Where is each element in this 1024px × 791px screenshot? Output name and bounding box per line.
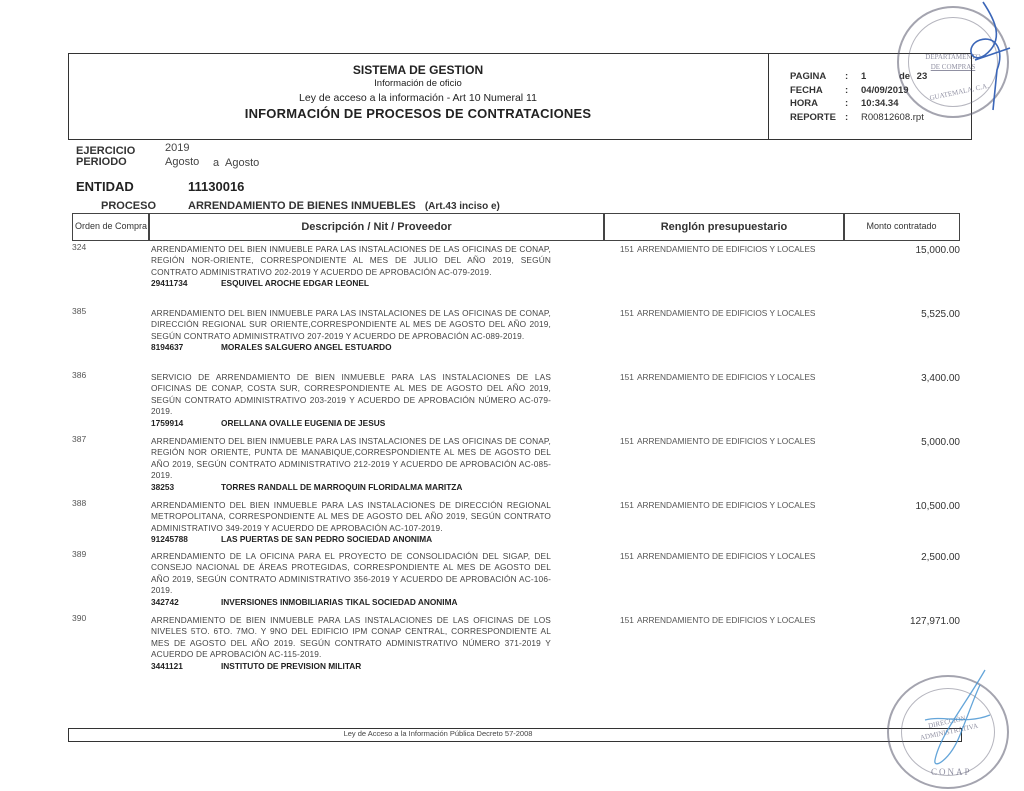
proveedor-nit: 91245788 (151, 534, 221, 544)
proceso-value: ARRENDAMIENTO DE BIENES INMUEBLES (Art.4… (188, 200, 500, 212)
row-renglon: 151 ARRENDAMIENTO DE EDIFICIOS Y LOCALES (620, 244, 815, 254)
reporte-label: REPORTE (790, 112, 845, 123)
row-renglon: 151 ARRENDAMIENTO DE EDIFICIOS Y LOCALES (620, 308, 815, 318)
row-proveedor: 3441121 INSTITUTO DE PREVISION MILITAR (151, 661, 361, 671)
system-name: SISTEMA DE GESTION (68, 62, 768, 78)
proveedor-name: INVERSIONES INMOBILIARIAS TIKAL SOCIEDAD… (221, 597, 457, 607)
col-descripcion: Descripción / Nit / Proveedor (148, 213, 605, 241)
row-proveedor: 29411734 ESQUIVEL AROCHE EDGAR LEONEL (151, 278, 369, 288)
periodo-label: PERIODO (76, 156, 127, 168)
row-descripcion: ARRENDAMIENTO DE BIEN INMUEBLE PARA LAS … (151, 615, 551, 661)
row-orden: 388 (72, 498, 86, 508)
row-renglon: 151 ARRENDAMIENTO DE EDIFICIOS Y LOCALES (620, 615, 815, 625)
proveedor-nit: 3441121 (151, 661, 221, 671)
periodo-from: Agosto (165, 156, 199, 168)
renglon-name: ARRENDAMIENTO DE EDIFICIOS Y LOCALES (637, 615, 815, 625)
row-descripcion: ARRENDAMIENTO DEL BIEN INMUEBLE PARA LAS… (151, 244, 551, 278)
row-proveedor: 342742 INVERSIONES INMOBILIARIAS TIKAL S… (151, 597, 457, 607)
page-number: 1 (861, 71, 866, 82)
row-proveedor: 8194637 MORALES SALGUERO ANGEL ESTUARDO (151, 342, 392, 352)
row-monto: 5,000.00 (840, 437, 960, 448)
proveedor-nit: 342742 (151, 597, 221, 607)
row-monto: 3,400.00 (840, 373, 960, 384)
renglon-code: 151 (620, 372, 637, 382)
row-descripcion: ARRENDAMIENTO DE LA OFICINA PARA EL PROY… (151, 551, 551, 597)
entidad-label: ENTIDAD (76, 179, 134, 194)
separator: : (845, 98, 861, 109)
proveedor-name: INSTITUTO DE PREVISION MILITAR (221, 661, 361, 671)
proveedor-nit: 38253 (151, 482, 221, 492)
renglon-code: 151 (620, 551, 637, 561)
row-orden: 390 (72, 613, 86, 623)
row-renglon: 151 ARRENDAMIENTO DE EDIFICIOS Y LOCALES (620, 436, 815, 446)
proceso-label: PROCESO (101, 200, 156, 212)
row-descripcion: ARRENDAMIENTO DEL BIEN INMUEBLE PARA LAS… (151, 500, 551, 534)
row-renglon: 151 ARRENDAMIENTO DE EDIFICIOS Y LOCALES (620, 551, 815, 561)
renglon-name: ARRENDAMIENTO DE EDIFICIOS Y LOCALES (637, 500, 815, 510)
row-monto: 2,500.00 (840, 552, 960, 563)
fecha-label: FECHA (790, 85, 845, 96)
separator: : (845, 71, 861, 82)
signature-icon (955, 0, 1015, 120)
row-proveedor: 1759914 ORELLANA OVALLE EUGENIA DE JESUS (151, 418, 385, 428)
proveedor-name: ORELLANA OVALLE EUGENIA DE JESUS (221, 418, 385, 428)
row-orden: 386 (72, 370, 86, 380)
pagina-label: PAGINA (790, 71, 845, 82)
row-monto: 5,525.00 (840, 309, 960, 320)
separator: : (845, 85, 861, 96)
proveedor-nit: 1759914 (151, 418, 221, 428)
proveedor-name: LAS PUERTAS DE SAN PEDRO SOCIEDAD ANONIM… (221, 534, 432, 544)
proveedor-name: TORRES RANDALL DE MARROQUIN FLORIDALMA M… (221, 482, 462, 492)
row-descripcion: SERVICIO DE ARRENDAMIENTO DE BIEN INMUEB… (151, 372, 551, 418)
periodo-to: Agosto (225, 157, 259, 169)
row-proveedor: 91245788 LAS PUERTAS DE SAN PEDRO SOCIED… (151, 534, 432, 544)
col-monto: Monto contratado (843, 213, 960, 241)
ejercicio-value: 2019 (165, 142, 189, 154)
proveedor-name: MORALES SALGUERO ANGEL ESTUARDO (221, 342, 392, 352)
proceso-ref: (Art.43 inciso e) (425, 201, 500, 212)
periodo-a: a (213, 157, 219, 169)
proveedor-nit: 29411734 (151, 278, 221, 288)
row-proveedor: 38253 TORRES RANDALL DE MARROQUIN FLORID… (151, 482, 462, 492)
row-orden: 385 (72, 306, 86, 316)
row-orden: 387 (72, 434, 86, 444)
row-renglon: 151 ARRENDAMIENTO DE EDIFICIOS Y LOCALES (620, 372, 815, 382)
hora-label: HORA (790, 98, 845, 109)
renglon-code: 151 (620, 308, 637, 318)
renglon-name: ARRENDAMIENTO DE EDIFICIOS Y LOCALES (637, 372, 815, 382)
footer-text: Ley de Acceso a la Información Pública D… (68, 729, 808, 738)
report-title: INFORMACIÓN DE PROCESOS DE CONTRATACIONE… (68, 105, 768, 123)
header-law: Ley de acceso a la información - Art 10 … (68, 91, 768, 105)
row-orden: 389 (72, 549, 86, 559)
header-subtitle: Información de oficio (68, 78, 768, 91)
separator: : (845, 112, 861, 123)
renglon-code: 151 (620, 615, 637, 625)
renglon-code: 151 (620, 244, 637, 254)
row-descripcion: ARRENDAMIENTO DEL BIEN INMUEBLE PARA LAS… (151, 436, 551, 482)
row-renglon: 151 ARRENDAMIENTO DE EDIFICIOS Y LOCALES (620, 500, 815, 510)
renglon-code: 151 (620, 436, 637, 446)
renglon-name: ARRENDAMIENTO DE EDIFICIOS Y LOCALES (637, 244, 815, 254)
row-monto: 127,971.00 (840, 616, 960, 627)
proceso-name: ARRENDAMIENTO DE BIENES INMUEBLES (188, 200, 416, 212)
row-orden: 324 (72, 242, 86, 252)
row-monto: 15,000.00 (840, 245, 960, 256)
signature-icon (905, 665, 1005, 775)
col-renglon: Renglón presupuestario (603, 213, 845, 241)
entidad-value: 11130016 (188, 179, 244, 194)
col-orden-compra: Orden de Compra (72, 213, 150, 241)
row-monto: 10,500.00 (840, 501, 960, 512)
renglon-name: ARRENDAMIENTO DE EDIFICIOS Y LOCALES (637, 436, 815, 446)
row-descripcion: ARRENDAMIENTO DEL BIEN INMUEBLE PARA LAS… (151, 308, 551, 342)
renglon-name: ARRENDAMIENTO DE EDIFICIOS Y LOCALES (637, 308, 815, 318)
proveedor-nit: 8194637 (151, 342, 221, 352)
report-header: SISTEMA DE GESTION Información de oficio… (68, 62, 768, 123)
proveedor-name: ESQUIVEL AROCHE EDGAR LEONEL (221, 278, 369, 288)
renglon-code: 151 (620, 500, 637, 510)
renglon-name: ARRENDAMIENTO DE EDIFICIOS Y LOCALES (637, 551, 815, 561)
